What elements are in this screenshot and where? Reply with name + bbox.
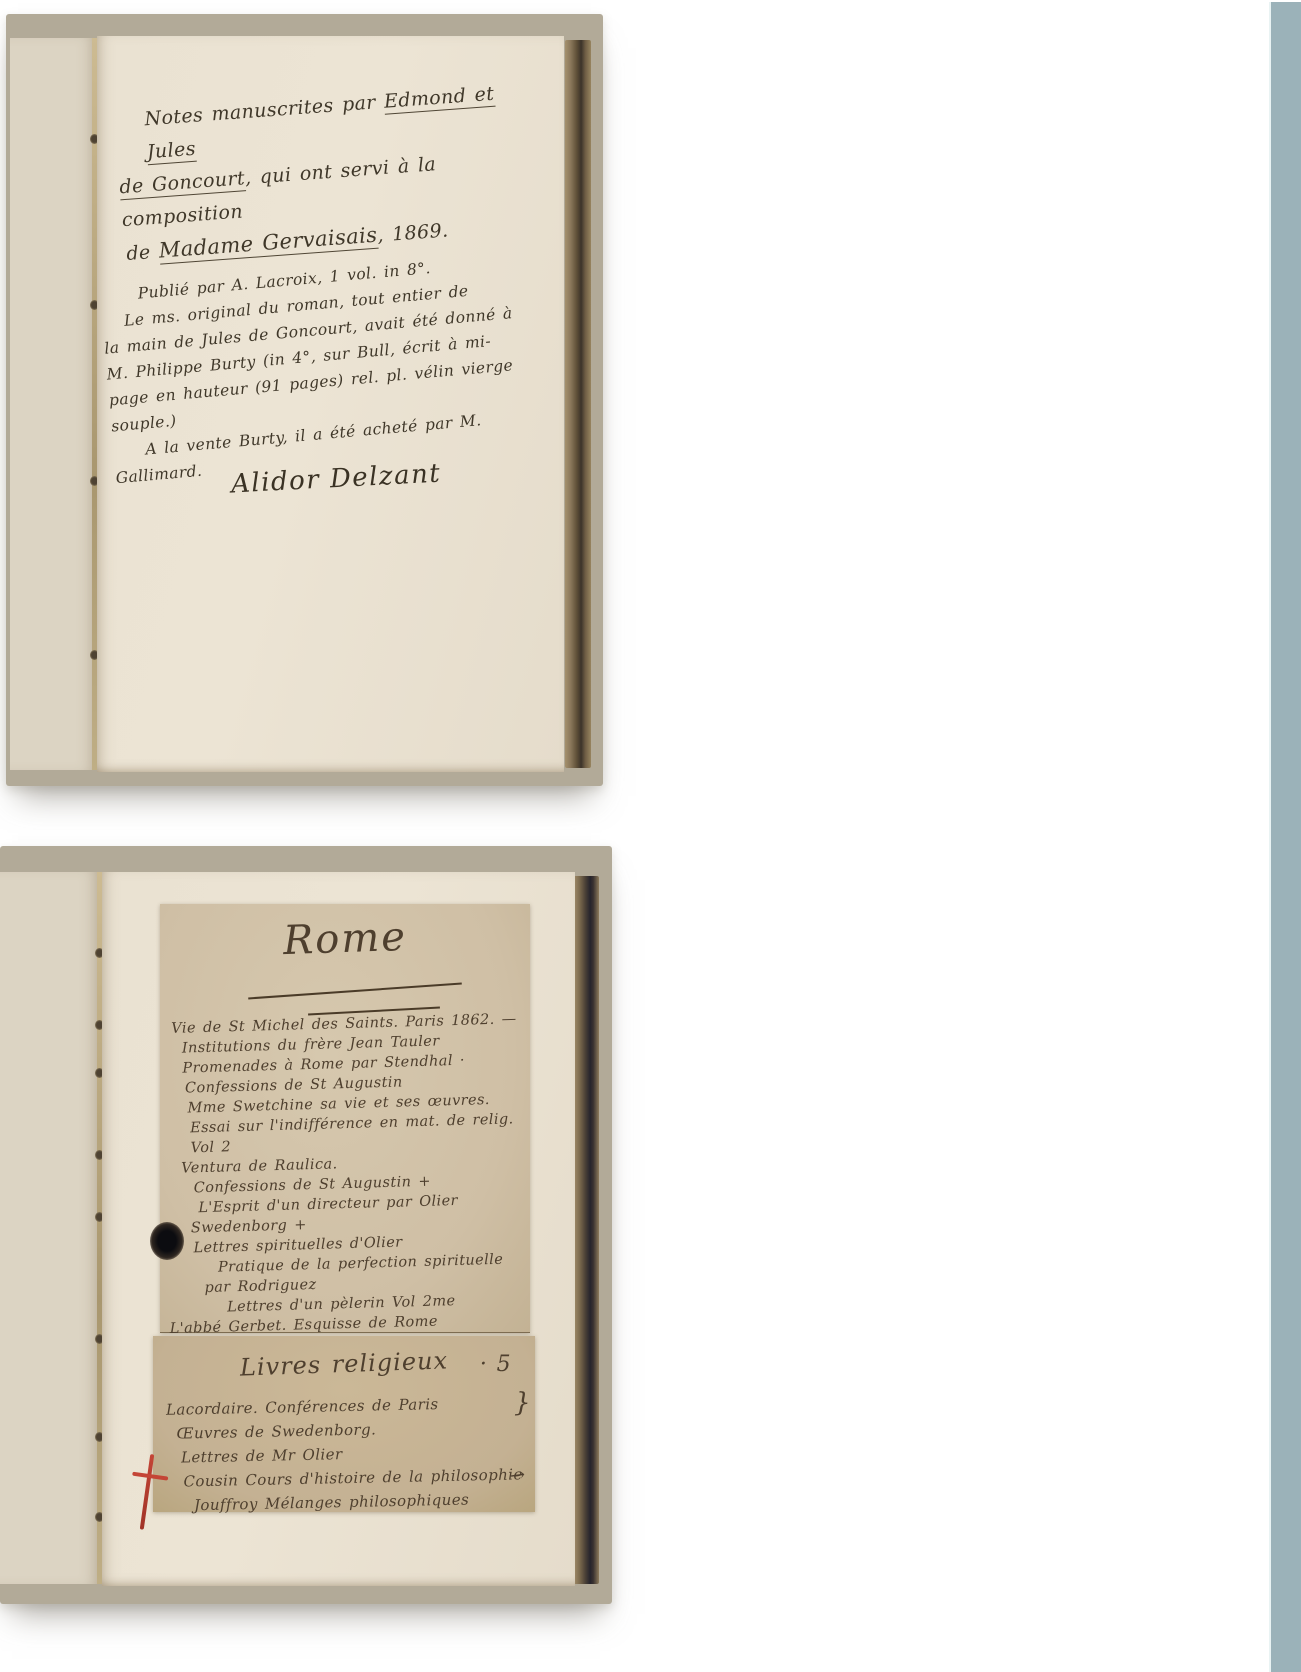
religious-book-list: Lacordaire. Conférences de Paris Œuvres … — [166, 1390, 530, 1518]
rome-book-list: Vie de St Michel des Saints. Paris 1862.… — [167, 1009, 531, 1379]
photo-bottom-open-book: Rome Vie de St Michel des Saints. Paris … — [0, 846, 612, 1604]
left-page — [0, 872, 97, 1584]
note-text: Notes manuscrites par — [144, 91, 385, 131]
handwritten-description: Publié par A. Lacroix, 1 vol. in 8°. Le … — [99, 245, 565, 491]
photo-top-open-book: Notes manuscrites par Edmond et Jules de… — [6, 14, 603, 786]
red-cross-vertical — [140, 1454, 155, 1530]
right-page: Notes manuscrites par Edmond et Jules de… — [97, 36, 564, 772]
note-text-underlined: de Goncourt — [119, 167, 246, 200]
slip-heading: Livres religieux — [153, 1343, 536, 1384]
page-block-edges — [573, 876, 599, 1584]
left-page — [10, 38, 94, 770]
slip-number: · 5 — [480, 1352, 511, 1377]
red-cross-mark — [125, 1452, 171, 1532]
pasted-slip-rome: Rome Vie de St Michel des Saints. Paris … — [160, 904, 530, 1333]
handwritten-title-note: Notes manuscrites par Edmond et Jules de… — [113, 75, 544, 271]
right-page: Rome Vie de St Michel des Saints. Paris … — [102, 872, 575, 1586]
title-underline — [248, 983, 462, 1000]
ink-blot — [150, 1222, 184, 1260]
margin-arrow-mark: → — [508, 1464, 526, 1487]
slip-title: Rome — [159, 910, 530, 969]
note-text: de — [126, 241, 160, 265]
note-text: , 1869. — [377, 219, 450, 246]
page-block-edges — [565, 40, 591, 768]
pasted-slip-livres-religieux: Livres religieux · 5 } Lacordaire. Confé… — [153, 1336, 535, 1512]
accent-bar — [1269, 2, 1301, 1672]
catalog-photo-page: Notes manuscrites par Edmond et Jules de… — [0, 0, 1301, 1672]
